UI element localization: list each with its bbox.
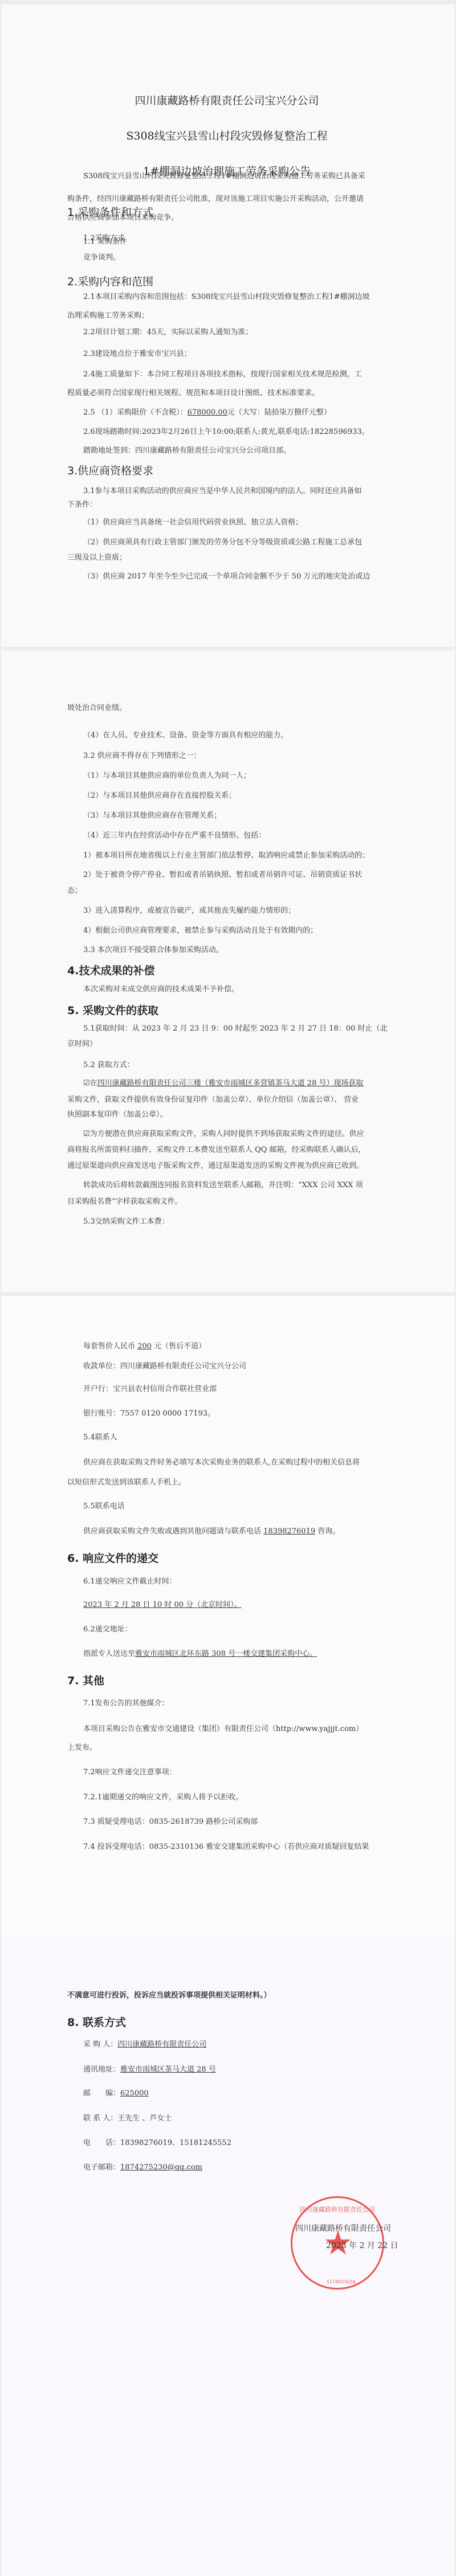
s5-option1-line1: ☑在四川康藏路桥有限责任公司三楼（雅安市雨城区多营镇茶马大道 28 号）现场获取 [83, 1080, 363, 1088]
s2-item5: 2.5 （1）采购限价（不含税）：678000.00元（大写：陆拾柒万捌仟元整） [83, 409, 331, 417]
s8-address-label: 通讯地址： [83, 2065, 120, 2074]
s8-phone-label: 电 话： [83, 2139, 120, 2147]
s1-p1-line2: 购条件，经四川康藏路桥有限责任公司批准，现对该施工项目实施公开采购活动，公开邀请 [67, 195, 364, 203]
s6-address-prefix: 指派专人送达至 [83, 1650, 135, 1658]
section-6-heading: 6. 响应文件的递交 [67, 1550, 158, 1565]
s5-transfer-line2: 目采购报名费”字样获取采购文件。 [67, 1198, 182, 1206]
s8-email[interactable]: 1874275230@qq.com [120, 2163, 202, 2172]
s3-p31-line2: 下条件： [67, 501, 97, 509]
s2-item3: 2.3建设地点位于雅安市宝兴县； [83, 350, 192, 358]
s5-p51-line2: 京时间） [67, 1040, 97, 1048]
checkbox-checked-icon: ☑ [83, 1130, 90, 1138]
s6-delivery-address: 雅安市雨城区北环东路 308 号一楼交建集团采购中心。 [135, 1650, 317, 1658]
s5-p55: 5.5联系电话 [83, 1503, 125, 1511]
s5-option1-line3: 执照副本复印件（加盖公章）。 [67, 1111, 168, 1119]
s3-cond2-line2: 三级及以上资质； [67, 554, 127, 562]
s3-p32: 3.2 供应商不得存在下列情形之一： [83, 752, 201, 760]
s5-option1-location: 四川康藏路桥有限责任公司三楼（雅安市雨城区多营镇茶马大道 28 号）现场获取 [97, 1079, 364, 1088]
s5-p53: 5.3交纳采购文件工本费： [83, 1218, 169, 1226]
s2-item6-line2: 踏勘地址签到：四川康藏路桥有限责任公司宝兴分公司项目部。 [83, 447, 291, 455]
s3-cond3-line1: （3）供应商 2017 年至今至少已完成一个单项合同金额不少于 50 万元的地灾… [83, 573, 370, 581]
s5-option2-line2: 商将报名所需资料扫描件、采购文件工本费发送至联系人 QQ 邮箱，经采购联系人确认… [67, 1146, 366, 1154]
s5-price-prefix: 每套售价人民币 [83, 1342, 137, 1351]
s2-item6-line1: 2.6现场踏勘时间:2023年2月26日上午10:00;联系人:黄光,联系电话:… [83, 428, 369, 436]
s5-p54-line1: 供应商在获取采购文件时务必填写本次采购业务的联系人,在采购过程中的相关信息将 [83, 1459, 360, 1467]
section-8-heading: 8. 联系方式 [67, 2014, 126, 2029]
s7-p74-line1: 7.4 投诉受理电话：0835-2310136 雅安交建集团采购中心（若供应商对… [83, 1843, 369, 1851]
price-limit-amount: 678000.00 [188, 408, 227, 417]
s8-buyer: 四川康藏路桥有限责任公司 [117, 2040, 206, 2049]
s5-p55-text: 供应商获取采购文件失败或遇到其他问题请与联系电话 18398276019 咨询。 [83, 1528, 340, 1536]
s6-p62: 6.2递交地址： [83, 1626, 132, 1634]
s3-excl1: （1）与本项目其他供应商的单位负责人为同一人； [83, 772, 251, 780]
s5-price: 每套售价人民币 200 元（售后不退） [83, 1343, 206, 1351]
s8-phone: 18398276019、15181245552 [120, 2139, 231, 2147]
s3-excl2: （2）与本项目其他供应商存在直接控股关系； [83, 792, 236, 800]
s8-email-row: 电子邮箱：1874275230@qq.com [83, 2164, 202, 2172]
s3-cond4: （4）在人员、专业技术、设备、资金等方面具有相应的能力。 [83, 732, 288, 740]
s5-option2-line3: 通过原渠道向供应商发送电子版采购文件，通过原渠道发送的采购文件视为供应商已收到。 [67, 1162, 364, 1170]
doc-title-line-1: 四川康藏路桥有限责任公司宝兴分公司 [0, 92, 454, 108]
section-5-heading: 5. 采购文件的获取 [67, 1002, 158, 1018]
s5-option1-line2: 采购文件，获取文件提供有效身份证复印件（加盖公章）、单位介绍信（加盖公章）、 营… [67, 1096, 359, 1104]
s8-zip: 625000 [120, 2089, 149, 2098]
s5-p51-line1: 5.1获取时间：从 2023 年 2 月 23 日 9：00 时起至 2023 … [83, 1025, 387, 1033]
s8-contact-row: 联 系 人：王先生 、芦女士 [83, 2115, 172, 2123]
s6-p61: 6.1递交响应文件截止时间： [83, 1578, 177, 1586]
s8-email-label: 电子邮箱： [83, 2163, 120, 2172]
s5-payee: 收款单位：四川康藏路桥有限责任公司宝兴分公司 [83, 1363, 246, 1371]
s3-bad4: 4）根据公司供应商管理要求，被禁止参与采购活动且处于有效期内的； [83, 927, 317, 935]
s3-cond3-line2: 坡处治合同业绩。 [67, 704, 127, 712]
s8-zip-label: 邮 编： [83, 2089, 120, 2098]
s3-bad3: 3）进入清算程序，或被宣告破产，或其他丧失履约能力情形的； [83, 907, 295, 915]
document-page-4 [1, 1936, 455, 2576]
s5-option1-prefix: 在 [90, 1079, 97, 1088]
s5-p55-prefix: 供应商获取采购文件失败或遇到其他问题请与联系电话 [83, 1527, 263, 1536]
s6-deadline: 2023 年 2 月 28 日 10 时 00 分（北京时间）。 [83, 1601, 242, 1609]
s5-transfer-line1: 转款成功后将转款截图连同报名资料发送至联系人邮箱，并注明：“XXX 公司 XXX… [83, 1182, 363, 1189]
s5-bank: 开户行：宝兴县农村信用合作联社营业部 [83, 1385, 217, 1393]
s5-account: 银行账号：7557 0120 0000 17193。 [83, 1410, 215, 1418]
s7-p71-line1: 本项目采购公告在雅安市交通建设（集团）有限责任公司（http://www.yaj… [83, 1725, 363, 1733]
s8-buyer-row: 采 购 人：四川康藏路桥有限责任公司 [83, 2041, 206, 2049]
s3-excl3: （3）与本项目其他供应商存在管理关系； [83, 812, 221, 820]
seal-text: 四川康藏路桥有限责任公司 [292, 2205, 382, 2214]
s3-p31-line1: 3.1参与本项目采购活动的供应商应当是中华人民共和国境内的法人。同时还应具备如 [83, 487, 362, 495]
s2-item5-suffix: 元（大写：陆拾柒万捌仟元整） [227, 408, 331, 417]
s5-contact-phone: 18398276019 [263, 1527, 315, 1536]
s2-item1-line2: 治理采购施工劳务采购； [67, 312, 149, 320]
s8-buyer-label: 采 购 人： [83, 2040, 117, 2049]
document-page-3 [1, 1296, 455, 1938]
s5-p54: 5.4联系人 [83, 1434, 117, 1442]
s1-p1-line3: 合格供应商参加本项目采购竞争。 [67, 214, 178, 222]
signature-company: 四川康藏路桥有限责任公司 [295, 2222, 391, 2234]
s8-contact-label: 联 系 人： [83, 2114, 117, 2123]
s4-text: 本次采购对未成交供应商的技术成果不予补偿。 [83, 986, 239, 994]
section-2-heading: 2.采购内容和范围 [67, 273, 153, 289]
s3-bad2-line2: 态； [67, 887, 82, 895]
s8-zip-row: 邮 编：625000 [83, 2090, 149, 2098]
s5-price-suffix: 元（售后不退） [152, 1342, 206, 1351]
s2-item4-line2: 程质量必须符合国家现行相关规程、规范和本项目设计图纸、技术标准要求。 [67, 389, 319, 397]
s1-method: 竞争谈判。 [83, 254, 120, 262]
checkbox-checked-icon: ☑ [83, 1079, 90, 1088]
s8-address-row: 通讯地址：雅安市雨城区茶马大道 28 号 [83, 2066, 216, 2074]
s5-p52: 5.2 获取方式： [83, 1061, 135, 1069]
s7-p71-line2: 上发布。 [67, 1744, 97, 1752]
signature-date: 2023 年 2 月 22 日 [326, 2239, 398, 2251]
s3-cond1: （1）供应商应当具备统一社会信用代码营业执照、独立法人资格； [83, 519, 303, 527]
s6-address: 指派专人送达至雅安市雨城区北环东路 308 号一楼交建集团采购中心。 [83, 1650, 317, 1658]
s2-item5-prefix: 2.5 （1）采购限价（不含税）： [83, 408, 188, 417]
s1-sub2: 1.2采购方式 [83, 235, 125, 243]
section-3-heading: 3.供应商资格要求 [67, 462, 153, 478]
s5-option2-text: 为方便潜在供应商获取采购文件，采购人同时提供不到场获取采购文件的途径。供应 [90, 1130, 364, 1138]
s1-p1-line1: S308线宝兴县雪山村段灾毁修复整治工程1#棚洞边坡治理采购施工劳务采购已具备采 [83, 173, 365, 181]
s2-item4-line1: 2.4施工质量如下：本合同工程项目各项技术指标，按现行国家相关技术规范检测，工 [83, 371, 362, 379]
s8-address: 雅安市雨城区茶马大道 28 号 [120, 2065, 216, 2074]
s7-p73: 7.3 质疑受理电话：0835-2618739 路桥公司采购部 [83, 1818, 258, 1826]
s3-bad1: 1）被本项目所在地省级以上行业主管部门依法暂停、取消响应或禁止参加采购活动的； [83, 852, 369, 860]
s8-contact: 王先生 、芦女士 [117, 2114, 172, 2123]
s5-p54-line2: 以短信形式发送到该联系人手机上。 [67, 1479, 186, 1487]
s3-bad2-line1: 2）处于被责令停产停业、暂扣或者吊销执照、暂扣或者吊销许可证、吊销资质证书状 [83, 871, 362, 879]
s7-p72: 7.2响应文件递交注意事项： [83, 1769, 177, 1777]
s3-cond2-line1: （2）供应商须具有行政主管部门颁发的劳务分包不分等级资质或公路工程施工总承包 [83, 539, 362, 547]
s7-p71: 7.1发布公告的其他媒介： [83, 1700, 169, 1708]
section-4-heading: 4.技术成果的补偿 [67, 962, 154, 978]
s5-price-amount: 200 [137, 1342, 152, 1351]
doc-title-line-2: S308线宝兴县雪山村段灾毁修复整治工程 [0, 128, 454, 143]
s7-p721: 7.2.1逾期递交的响应文件，采购人将予以拒收。 [83, 1794, 243, 1802]
s2-item1-line1: 2.1本项目采购内容和范围包括：S308线宝兴县雪山村段灾毁修复整治工程1#棚洞… [83, 293, 370, 301]
s3-p33: 3.3 本次项目不接受联合体参加采购活动。 [83, 946, 223, 954]
s2-item2: 2.2项目计划工期：45天，实际以采购人通知为准； [83, 329, 253, 337]
section-7-heading: 7. 其他 [67, 1672, 104, 1688]
seal-code: 5118025034 [327, 2279, 356, 2284]
s7-p74-line2: 不满意可进行投诉，投诉应当就投诉事项提供相关证明材料。） [67, 1992, 271, 2000]
s5-p55-suffix: 咨询。 [315, 1527, 340, 1536]
s3-excl4: （4）近三年内在经营活动中存在严重不良情形。包括： [83, 832, 266, 840]
s8-phone-row: 电 话：18398276019、15181245552 [83, 2139, 231, 2147]
s5-option2-line1: ☑为方便潜在供应商获取采购文件，采购人同时提供不到场获取采购文件的途径。供应 [83, 1130, 364, 1138]
